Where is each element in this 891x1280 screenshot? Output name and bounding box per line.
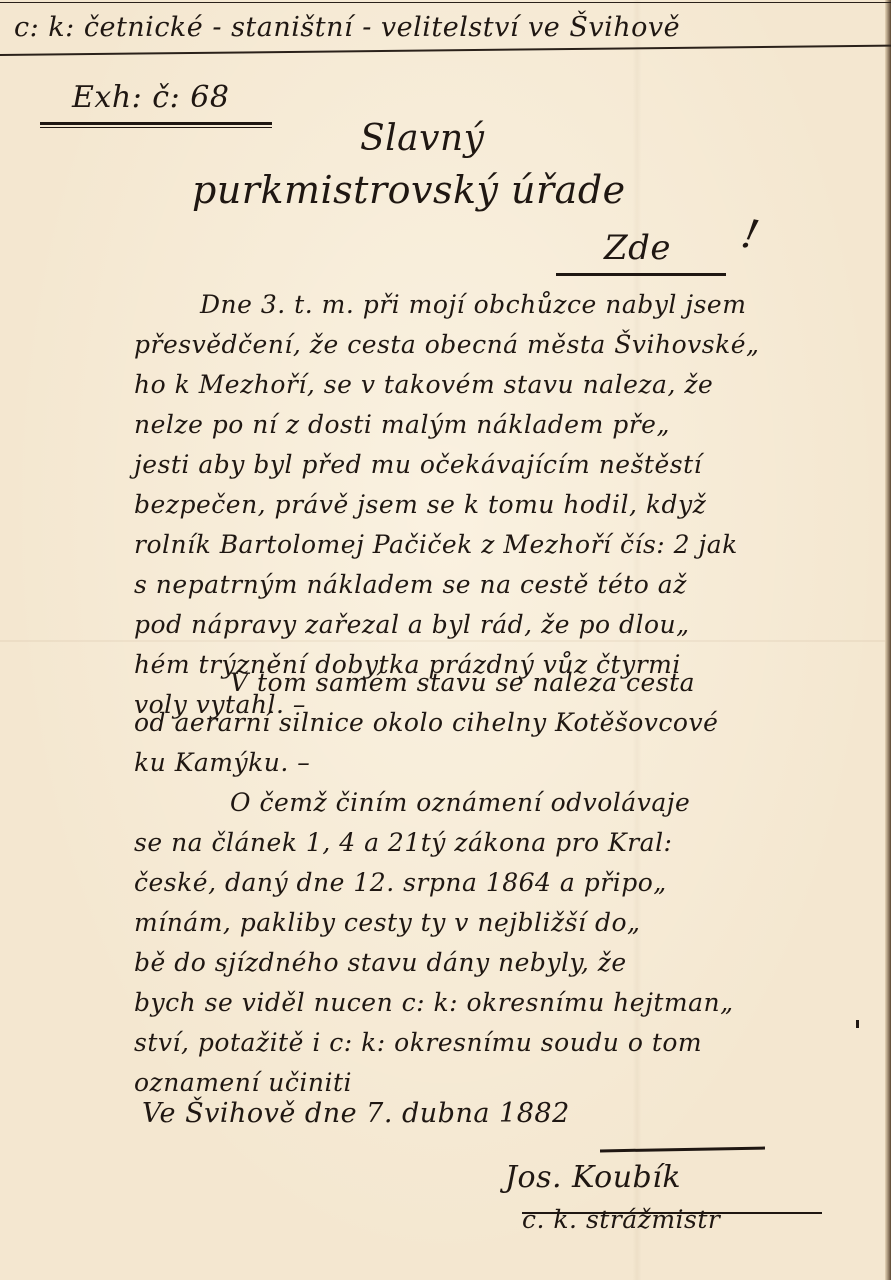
salutation-line-3: Zde bbox=[604, 228, 671, 268]
ink-mark bbox=[856, 1020, 859, 1028]
body-line: české, daný dne 12. srpna 1864 a připo„ bbox=[134, 868, 667, 897]
signature: Jos. Koubík bbox=[505, 1160, 681, 1195]
body-line: přesvědčení, že cesta obecná města Šviho… bbox=[134, 330, 760, 359]
header-rule-top bbox=[0, 2, 891, 3]
body-line: nelze po ní z dosti malým nákladem pře„ bbox=[134, 410, 670, 439]
signature-title: c. k. strážmistr bbox=[522, 1205, 720, 1234]
body-line: od aerarní silnice okolo cihelny Kotěšov… bbox=[134, 708, 718, 737]
salutation-underline bbox=[556, 273, 726, 276]
body-line: V tom samém stavu se naleza cesta bbox=[230, 668, 695, 697]
signature-title-underline bbox=[522, 1212, 822, 1214]
page-edge bbox=[885, 0, 891, 1280]
salutation-line-2: purkmistrovský úřade bbox=[192, 168, 626, 212]
reference-underline bbox=[40, 122, 272, 125]
body-line: O čemž činím oznámení odvolávaje bbox=[230, 788, 690, 817]
body-line: rolník Bartolomej Pačiček z Mezhoří čís:… bbox=[134, 530, 738, 559]
body-line: bych se viděl nucen c: k: okresnímu hejt… bbox=[134, 988, 734, 1017]
body-line: jesti aby byl před mu očekávajícím neště… bbox=[134, 450, 702, 479]
body-line: ku Kamýku. – bbox=[134, 748, 310, 777]
body-line: bě do sjízdného stavu dány nebyly, že bbox=[134, 948, 627, 977]
body-line: Dne 3. t. m. při mojí obchůzce nabyl jse… bbox=[200, 290, 746, 319]
reference-underline-thin bbox=[40, 127, 272, 128]
body-line: mínám, pakliby cesty ty v nejbližší do„ bbox=[134, 908, 640, 937]
paper-fold bbox=[0, 640, 891, 642]
letterhead: c: k: četnické - staništní - velitelství… bbox=[14, 12, 680, 43]
body-line: bezpečen, právě jsem se k tomu hodil, kd… bbox=[134, 490, 706, 519]
body-line: s nepatrným nákladem se na cestě této až bbox=[134, 570, 687, 599]
body-line: ho k Mezhoří, se v takovém stavu naleza,… bbox=[134, 370, 713, 399]
body-line: se na článek 1, 4 a 21tý zákona pro Kral… bbox=[134, 828, 672, 857]
place-date: Ve Švihově dne 7. dubna 1882 bbox=[142, 1098, 570, 1129]
body-line: ství, potažitě i c: k: okresnímu soudu o… bbox=[134, 1028, 702, 1057]
salutation-line-1: Slavný bbox=[360, 118, 485, 159]
body-line: pod nápravy zařezal a byl rád, že po dlo… bbox=[134, 610, 690, 639]
reference-number: Exh: č: 68 bbox=[72, 80, 229, 115]
body-line: oznamení učiniti bbox=[134, 1068, 352, 1097]
